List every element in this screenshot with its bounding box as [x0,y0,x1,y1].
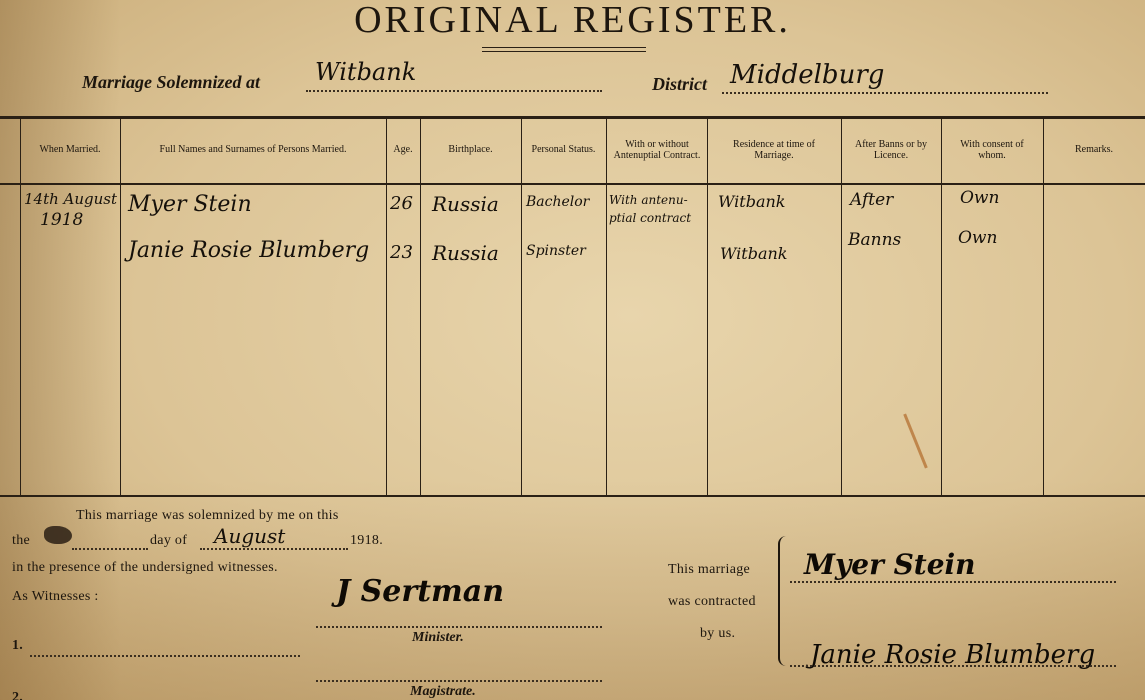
brace [778,536,790,666]
witness-1-line [30,655,300,657]
year-value: 1918. [350,533,383,549]
ink-blot [44,526,72,544]
column-header-age: Age. [386,118,420,182]
witness-2-label: 2. [12,690,23,700]
solemnized-at-value: Witbank [315,58,416,86]
bride-residence: Witbank [720,244,788,263]
groom-signature: Myer Stein [804,548,976,581]
title-underline [482,47,646,52]
bride-status: Spinster [526,243,586,259]
column-divider [941,118,942,495]
day-of-label: day of [150,533,187,549]
banns-line-1: After [850,190,893,210]
when-married-date: 14th August [24,190,117,208]
groom-signature-line [790,581,1116,583]
column-header-personal-status: Personal Status. [521,118,606,182]
solemnized-statement: This marriage was solemnized by me on th… [76,508,339,524]
column-header-banns-licence: After Banns or by Licence. [851,118,931,182]
remarks-cell [1046,188,1142,488]
witnesses-label: As Witnesses : [12,589,99,605]
banns-line-2: Banns [848,230,901,250]
contracted-line-1: This marriage [668,562,750,578]
paper-stain [903,414,928,469]
magistrate-label: Magistrate. [410,684,476,700]
minister-label: Minister. [412,630,464,646]
minister-line [316,626,602,628]
column-divider [606,118,607,495]
groom-residence: Witbank [718,192,786,211]
day-line [72,548,148,550]
month-line [200,548,348,550]
groom-name: Myer Stein [128,192,252,217]
bride-signature-line [790,665,1116,667]
table-header-rule [0,183,1145,185]
district-line [722,92,1048,94]
contracted-line-2: was contracted [668,594,756,610]
when-married-year: 1918 [40,210,83,230]
minister-signature: J Sertman [336,574,504,609]
groom-birthplace: Russia [432,192,499,216]
bride-birthplace: Russia [432,241,499,265]
column-header-full-names: Full Names and Surnames of Persons Marri… [120,118,386,182]
bride-age: 23 [390,242,413,263]
table-bottom-rule [0,495,1145,497]
presence-statement: in the presence of the undersigned witne… [12,560,278,576]
groom-age: 26 [390,193,413,214]
groom-status: Bachelor [526,194,589,210]
bride-name: Janie Rosie Blumberg [128,238,369,263]
month-value: August [214,524,285,548]
column-divider [841,118,842,495]
antenuptial-line-1: With antenu- [609,193,688,207]
column-header-antenuptial: With or without Antenuptial Contract. [612,118,702,182]
column-header-birthplace: Birthplace. [420,118,521,182]
groom-consent: Own [960,188,999,208]
the-label: the [12,533,30,549]
solemnized-at-label: Marriage Solemnized at [82,72,260,93]
column-header-remarks: Remarks. [1043,118,1145,182]
column-header-when-married: When Married. [20,118,120,182]
column-header-residence: Residence at time of Marriage. [722,118,826,182]
antenuptial-line-2: ptial contract [609,211,691,225]
page-title: ORIGINAL REGISTER. [0,0,1145,42]
contracted-line-3: by us. [700,626,735,642]
witness-1-label: 1. [12,638,23,654]
solemnized-at-line [306,90,602,92]
column-divider [707,118,708,495]
magistrate-line [316,680,602,682]
bride-consent: Own [958,228,997,248]
column-header-consent: With consent of whom. [951,118,1033,182]
district-value: Middelburg [730,60,884,90]
district-label: District [652,74,707,95]
